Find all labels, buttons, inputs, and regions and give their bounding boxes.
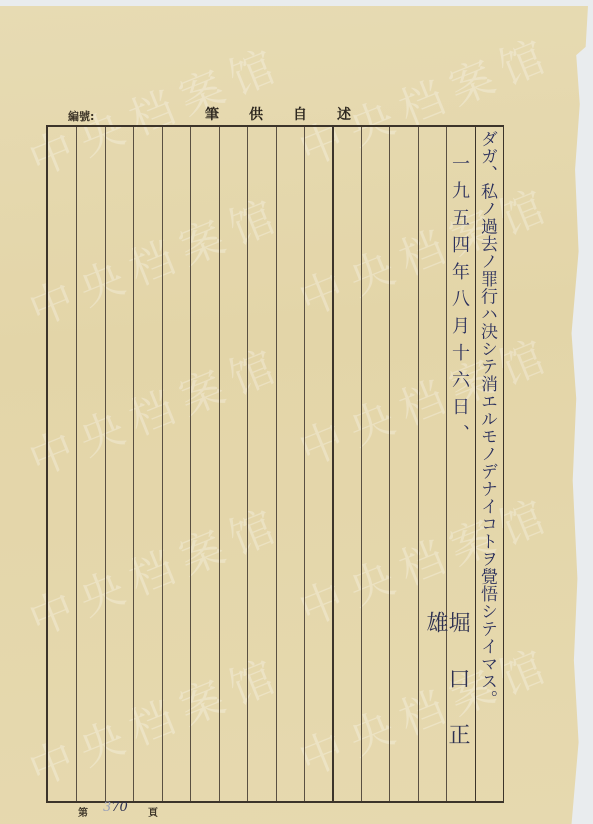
page-number-digits: 70	[111, 800, 128, 815]
page-suffix: 頁	[148, 804, 158, 819]
page-number: 370	[103, 800, 128, 815]
handwritten-line-date: 一九五四年八月十六日、	[450, 154, 468, 451]
handwritten-signature: 堀口正雄	[424, 611, 468, 824]
page-title: 筆供自述	[205, 104, 381, 124]
grid-column-line	[276, 127, 277, 801]
grid-column-line	[247, 127, 248, 801]
grid-column-line	[190, 127, 191, 801]
grid-column-line	[475, 127, 477, 801]
grid-column-line	[219, 127, 220, 801]
grid-column-line	[105, 127, 106, 801]
grid-column-line	[133, 127, 134, 801]
number-label: 編號:	[68, 108, 94, 124]
page-prefix: 第	[78, 804, 88, 819]
grid-column-line	[389, 127, 390, 801]
grid-column-line	[162, 127, 163, 801]
grid-column-line	[76, 127, 77, 801]
archive-page: 中央档案馆 中央档案馆 中央档案馆 中央档案馆 中央档案馆 中央档案馆 中央档案…	[0, 6, 588, 824]
handwritten-line-statement: ダガ、私ノ過去ノ罪行ハ決シテ消エルモノデナイコトヲ覺悟シテイマス。	[478, 130, 495, 708]
grid-column-line	[304, 127, 305, 801]
grid-column-line	[418, 127, 419, 801]
grid-column-line	[361, 127, 362, 801]
grid-column-line	[332, 127, 334, 801]
